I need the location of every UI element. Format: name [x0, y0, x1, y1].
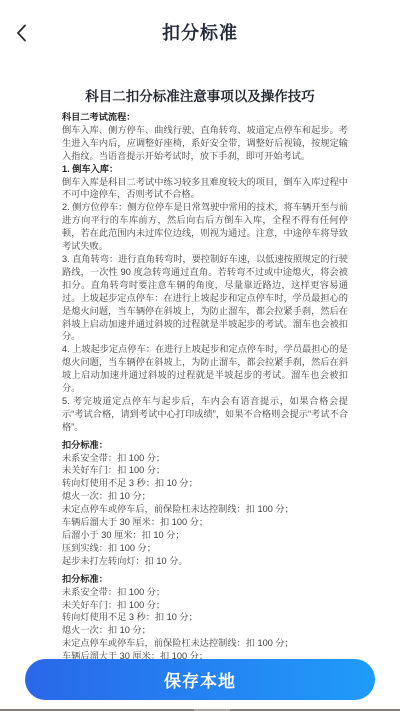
- article-heading: 科目二扣分标准注意事项以及操作技巧: [0, 85, 400, 105]
- article-subheading: 科目二考试流程：: [62, 111, 348, 124]
- article-paragraph: 熄火一次：扣 10 分；: [62, 624, 348, 637]
- article-paragraph: 未关好车门：扣 100 分；: [62, 599, 348, 612]
- save-button[interactable]: 保存本地: [25, 659, 375, 700]
- article-paragraph: 3. 直角转弯：进行直角转弯时，要控制好车速，以低速按照规定的行驶路线，一次性 …: [62, 253, 348, 343]
- page-title: 扣分标准: [0, 19, 400, 45]
- article-paragraph: 4. 上坡起步定点停车：在进行上坡起步和定点停车时，学员最担心的是熄火问题，当车…: [62, 343, 348, 395]
- article-paragraph: 后溜小于 30 厘米：扣 10 分；: [62, 529, 348, 542]
- article-subheading: 扣分标准：: [62, 439, 348, 452]
- article-paragraph: 压到实线：扣 100 分；: [62, 542, 348, 555]
- article-paragraph: 车辆后溜大于 30 厘米：扣 100 分；: [62, 516, 348, 529]
- article-subheading: 1. 倒车入库：: [62, 163, 348, 176]
- article-paragraph: 转向灯使用不足 3 秒：扣 10 分；: [62, 477, 348, 490]
- article-paragraph: 未系安全带：扣 100 分；: [62, 586, 348, 599]
- article-paragraph: 2. 侧方位停车：侧方位停车是日常驾驶中常用的技术，将车辆开至与前进方向平行的车…: [62, 201, 348, 253]
- top-bar: 扣分标准: [0, 0, 400, 56]
- article-paragraph: 未系安全带：扣 100 分；: [62, 452, 348, 465]
- article-subheading: 扣分标准：: [62, 573, 348, 586]
- article-paragraph: 转向灯使用不足 3 秒：扣 10 分；: [62, 611, 348, 624]
- article-paragraph: 熄火一次：扣 10 分；: [62, 490, 348, 503]
- article-paragraph: 倒车入库是科目二考试中练习较多且难度较大的项目，倒车入库过程中不可中途停车，否则…: [62, 176, 348, 202]
- article-paragraph: 未定点停车或停车后，前保险杠未达控制线：扣 100 分；: [62, 637, 348, 650]
- article-paragraph: 起步未打左转向灯：扣 10 分。: [62, 555, 348, 568]
- article-paragraph: 5. 考完坡道定点停车与起步后，车内会有语音提示，如果合格会提示“考试合格，请到…: [62, 395, 348, 434]
- article-paragraph: 未关好车门：扣 100 分；: [62, 464, 348, 477]
- article-body: 科目二考试流程：倒车入库、侧方停车、曲线行驶、直角转弯、坡道定点停车和起步。考生…: [62, 111, 348, 711]
- article-paragraph: 倒车入库、侧方停车、曲线行驶、直角转弯、坡道定点停车和起步。考生进入车内后，应调…: [62, 124, 348, 163]
- article-paragraph: 未定点停车或停车后，前保险杠未达控制线：扣 100 分；: [62, 503, 348, 516]
